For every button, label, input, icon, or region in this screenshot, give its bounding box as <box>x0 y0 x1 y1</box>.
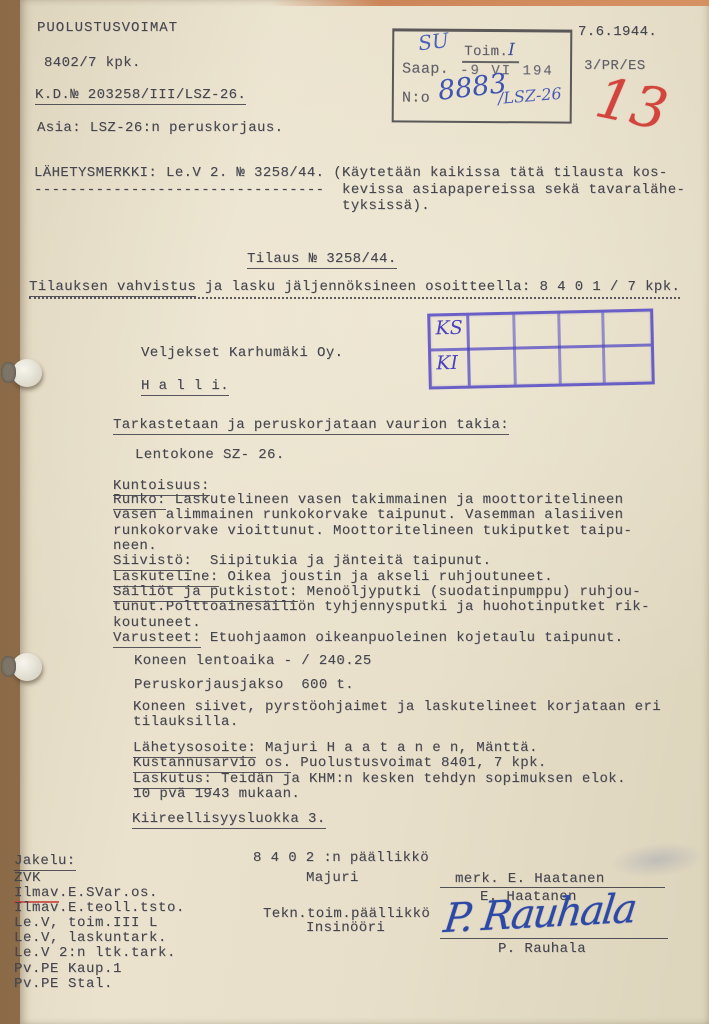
commander-rank: Majuri <box>306 870 359 886</box>
subject-line: Asia: LSZ-26:n peruskorjaus. <box>37 120 283 136</box>
shipping-info-line: Laskutus: Teidän ja KHM:n kesken tehdyn … <box>133 772 626 787</box>
grid-line <box>466 316 470 386</box>
note-line: Koneen siivet, pyrstöohjaimet ja laskute… <box>133 700 661 715</box>
grid-line <box>601 313 605 383</box>
tech-name: P. Rauhala <box>498 941 586 957</box>
grid-line <box>557 314 561 384</box>
binding-ring <box>12 653 42 681</box>
work-heading: Tarkastetaan ja peruskorjataan vaurion t… <box>113 417 509 433</box>
shipping-mark-block: LÄHETYSMERKKI: Le.V 2. № 3258/44. (Käyte… <box>34 165 685 215</box>
shipping-mark-line: LÄHETYSMERKKI: Le.V 2. № 3258/44. (Käyte… <box>34 165 685 182</box>
separate-orders-note: Koneen siivet, pyrstöohjaimet ja laskute… <box>133 700 661 731</box>
condition-line: Laskuteline: Oikea joustin ja akseli ruh… <box>113 570 650 585</box>
stamp-handwritten-su: SU <box>417 28 450 55</box>
distribution-item: Le.V, laskuntark. <box>14 931 185 946</box>
stamp-handwritten-roman: I <box>508 40 515 60</box>
condition-line: neen. <box>113 539 650 554</box>
condition-line: koutuneet. <box>113 616 650 631</box>
signature-line <box>440 938 668 939</box>
confirmation-lead: Tilauksen vahvistus <box>29 279 196 297</box>
recipient-company: Veljekset Karhumäki Oy. <box>141 345 343 361</box>
arrival-stamp: SU Toim.I Saap. -9 VI 194 N:o 8883 /LSZ-… <box>392 28 573 123</box>
stamp-handwritten-suffix: /LSZ-26 <box>497 84 562 108</box>
condition-line: runkokorvake vioittunut. Moottoritelinee… <box>113 524 650 539</box>
distribution-item: Pv.PE Stal. <box>14 977 185 992</box>
diary-number: K.D.№ 203258/III/LSZ-26. <box>35 87 246 103</box>
distribution-label: Jakelu: <box>14 853 76 869</box>
priority-text: Kiireellisyysluokka 3. <box>132 811 326 829</box>
condition-line: tunut.Polttoainesäiliön tyhjennysputki j… <box>113 600 650 615</box>
distribution-item: Pv.PE Kaup.1 <box>14 962 185 977</box>
tech-rank: Insinööri <box>306 920 385 936</box>
shipping-info-block: Lähetysosoite: Majuri H a a t a n e n, M… <box>133 741 626 802</box>
order-title: Tilaus № 3258/44. <box>247 251 397 267</box>
diary-number-text: K.D.№ 203258/III/LSZ-26. <box>35 87 246 105</box>
grid-cell-ki: KI <box>436 352 458 374</box>
photo-edge <box>270 0 709 6</box>
distribution-label-text: Jakelu: <box>14 853 76 871</box>
note-line: tilauksilla. <box>133 715 661 730</box>
condition-line: Runko: Laskutelineen vasen takimmainen j… <box>113 493 650 508</box>
recipient-city: H a l l i. <box>141 378 229 394</box>
shipping-info-line: 10 pvä 1943 mukaan. <box>133 787 626 802</box>
shipping-mark-line: tyksissä). <box>34 198 685 215</box>
org-name: PUOLUSTUSVOIMAT <box>37 20 178 36</box>
distribution-item: ZVK <box>14 871 185 886</box>
distribution-item: Le.V, toim.III L <box>14 916 185 931</box>
condition-line: vasen alimmainen runkokorvake taipunut. … <box>113 508 650 523</box>
priority-line: Kiireellisyysluokka 3. <box>132 811 326 827</box>
distribution-item: Ilmav.E.SVar.os. <box>14 886 185 901</box>
unit-number: 8402/7 kpk. <box>44 55 141 71</box>
grid-line <box>512 315 516 385</box>
distribution-list: ZVKIlmav.E.SVar.os.Ilmav.E.teoll.tsto.Le… <box>14 871 185 992</box>
binding-ring <box>12 359 42 387</box>
work-heading-text: Tarkastetaan ja peruskorjataan vaurion t… <box>113 417 509 435</box>
condition-block: Runko: Laskutelineen vasen takimmainen j… <box>113 493 650 646</box>
shipping-info-line: Lähetysosoite: Majuri H a a t a n e n, M… <box>133 741 626 756</box>
commander-title: 8 4 0 2 :n päällikkö <box>253 850 429 866</box>
commander-merk: merk. E. Haatanen <box>455 871 605 887</box>
condition-line: Säiliöt ja putkistot: Menoöljyputki (suo… <box>113 585 650 600</box>
document-photo: PUOLUSTUSVOIMAT 8402/7 kpk. K.D.№ 203258… <box>0 0 709 1024</box>
blue-grid-stamp: KS KI <box>427 308 655 389</box>
shipping-mark-line: --------------------------------- keviss… <box>34 182 685 199</box>
distribution-item: Ilmav.E.teoll.tsto. <box>14 901 185 916</box>
order-confirmation-line: Tilauksen vahvistus ja lasku jäljennöksi… <box>29 279 680 299</box>
stamp-toim-label: Toim. <box>464 44 508 60</box>
confirmation-rest: ja lasku jäljennöksineen osoitteella: 8 … <box>196 279 680 295</box>
stamp-toim-group: Toim.I <box>462 40 519 63</box>
grid-cell-ks: KS <box>435 317 463 340</box>
aircraft-line: Lentokone SZ- 26. <box>135 447 285 463</box>
distribution-item: Le.V 2:n ltk.tark. <box>14 946 185 961</box>
order-title-text: Tilaus № 3258/44. <box>247 251 397 269</box>
grid-line <box>431 344 651 351</box>
flight-time-line: Koneen lentoaika - / 240.25 <box>134 653 372 669</box>
stamp-no-label: N:o <box>402 89 430 106</box>
condition-line: Siivistö: Siipitukia ja jänteitä taipunu… <box>113 554 650 569</box>
condition-line: Varusteet: Etuohjaamon oikeanpuoleinen k… <box>113 631 650 646</box>
document-date: 7.6.1944. <box>578 24 657 40</box>
recipient-city-text: H a l l i. <box>141 378 229 396</box>
shipping-info-line: Kustannusarvio os. Puolustusvoimat 8401,… <box>133 756 626 771</box>
overhaul-period-line: Peruskorjausjakso 600 t. <box>134 677 354 693</box>
